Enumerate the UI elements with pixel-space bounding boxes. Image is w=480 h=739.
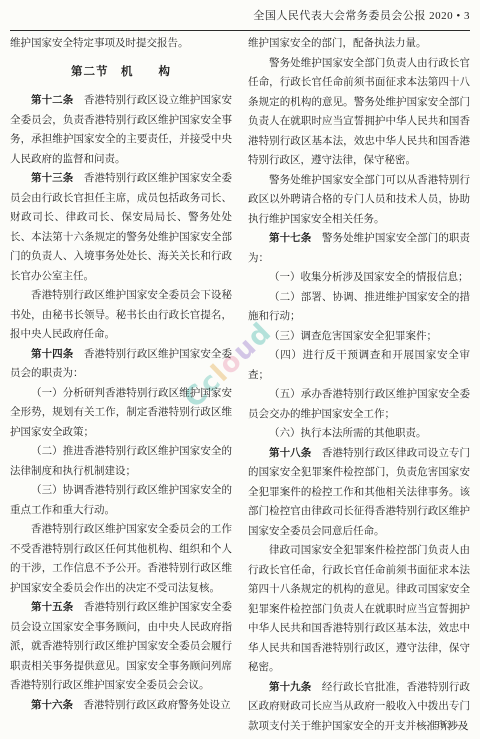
paragraph: （三）调查危害国家安全犯罪案件；: [248, 327, 470, 347]
paragraph: （一）分析研判香港特别行政区维护国家安全形势，规划有关工作，制定香港特别行政区维…: [10, 384, 232, 443]
article-number: 第十二条: [31, 95, 73, 106]
header-rule: [10, 30, 470, 31]
paragraph: 维护国家安全特定事项及时提交报告。: [10, 34, 232, 54]
paragraph: （四）进行反干预调查和开展国家安全审查；: [248, 346, 470, 385]
paragraph: 第十六条 香港特别行政区政府警务处设立: [10, 696, 232, 716]
paragraph: 香港特别行政区维护国家安全委员会的工作不受香港特别行政区任何其他机构、组织和个人…: [10, 520, 232, 598]
article-number: 第十四条: [31, 349, 73, 360]
paragraph: （二）推进香港特别行政区维护国家安全的法律制度和执行机制建设；: [10, 442, 232, 481]
article-number: 第十七条: [269, 233, 311, 244]
gazette-page: 全国人民代表大会常务委员会公报 2020 • 3 Ccloud 维护国家安全特定…: [0, 0, 480, 739]
paragraph: （二）部署、协调、推进维护国家安全的措施和行动；: [248, 288, 470, 327]
paragraph: （一）收集分析涉及国家安全的情报信息；: [248, 268, 470, 288]
paragraph: 第十二条 香港特别行政区设立维护国家安全委员会，负责香港特别行政区维护国家安全事…: [10, 91, 232, 169]
paragraph: 第十八条 香港特别行政区律政司设立专门的国家安全犯罪案件检控部门，负责危害国家安…: [248, 444, 470, 542]
paragraph: 香港特别行政区维护国家安全委员会下设秘书处，由秘书长领导。秘书长由行政长官提名，…: [10, 286, 232, 345]
paragraph: 第十四条 香港特别行政区维护国家安全委员会的职责为：: [10, 345, 232, 384]
right-column: 维护国家安全的部门，配备执法力量。警务处维护国家安全部门负责人由行政长官任命，行…: [248, 34, 470, 736]
page-number: — 593 —: [419, 720, 468, 731]
paragraph: 警务处维护国家安全部门可以从香港特别行政区以外聘请合格的专门人员和技术人员，协助…: [248, 171, 470, 230]
paragraph: 律政司国家安全犯罪案件检控部门负责人由行政长官任命，行政长官任命前须书面征求本法…: [248, 541, 470, 678]
article-number: 第十六条: [31, 700, 73, 711]
document-body: 维护国家安全特定事项及时提交报告。第二节 机 构第十二条 香港特别行政区设立维护…: [10, 34, 470, 736]
gazette-title: 全国人民代表大会常务委员会公报 2020 • 3: [253, 10, 470, 22]
paragraph: 第十七条 警务处维护国家安全部门的职责为：: [248, 229, 470, 268]
page-header: 全国人民代表大会常务委员会公报 2020 • 3: [10, 7, 470, 23]
article-number: 第十五条: [31, 602, 73, 613]
article-number: 第十三条: [31, 173, 73, 184]
paragraph: （五）承办香港特别行政区维护国家安全委员会交办的维护国家安全工作；: [248, 385, 470, 424]
paragraph: 维护国家安全的部门，配备执法力量。: [248, 34, 470, 54]
paragraph: 警务处维护国家安全部门负责人由行政长官任命，行政长官任命前须书面征求本法第四十八…: [248, 54, 470, 171]
paragraph: （六）执行本法所需的其他职责。: [248, 424, 470, 444]
left-column: 维护国家安全特定事项及时提交报告。第二节 机 构第十二条 香港特别行政区设立维护…: [10, 34, 232, 736]
paragraph: 第十五条 香港特别行政区维护国家安全委员会设立国家安全事务顾问，由中央人民政府指…: [10, 598, 232, 696]
paragraph: 第十三条 香港特别行政区维护国家安全委员会由行政长官担任主席，成员包括政务司长、…: [10, 169, 232, 286]
section-heading: 第二节 机 构: [10, 63, 232, 83]
article-number: 第十九条: [269, 682, 311, 693]
paragraph: （三）协调香港特别行政区维护国家安全的重点工作和重大行动。: [10, 481, 232, 520]
article-number: 第十八条: [269, 448, 311, 459]
